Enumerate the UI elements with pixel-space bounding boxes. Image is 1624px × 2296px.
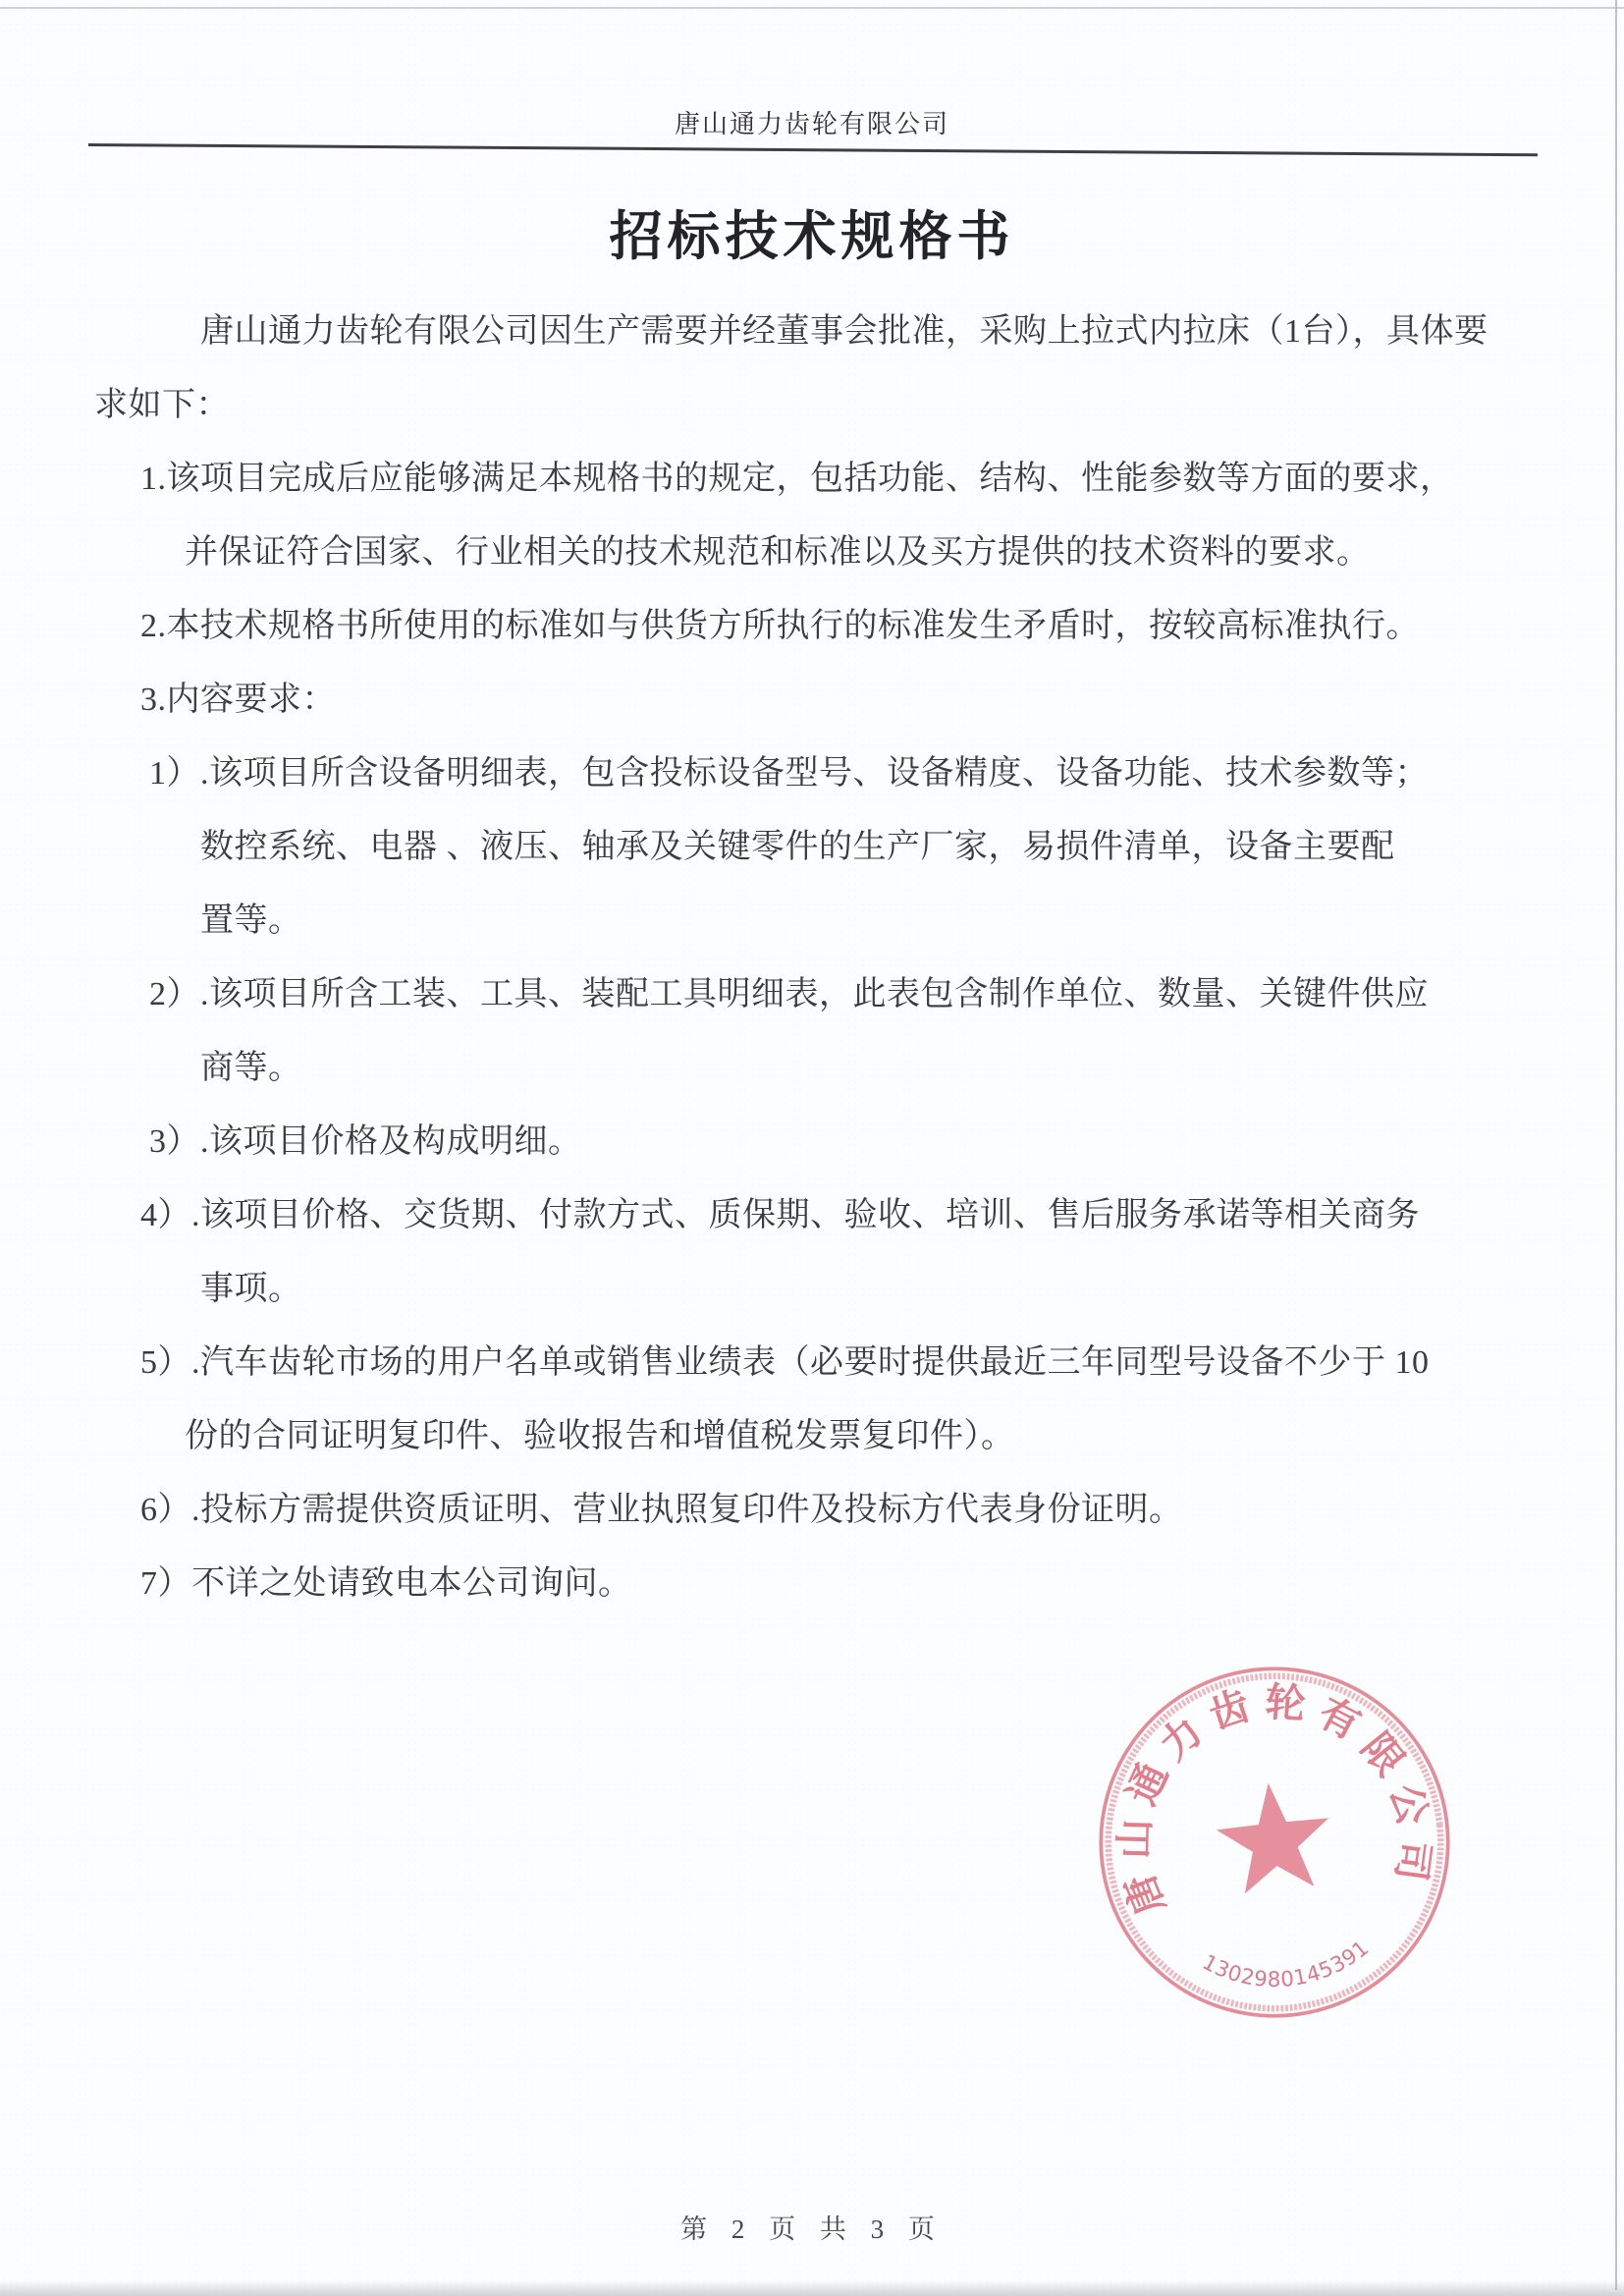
body-line: 3）.该项目价格及构成明细。 <box>94 1105 1534 1178</box>
body-line: 份的合同证明复印件、验收报告和增值税发票复印件）。 <box>94 1399 1534 1473</box>
body-line: 唐山通力齿轮有限公司因生产需要并经董事会批准，采购上拉式内拉床（1台），具体要 <box>94 295 1534 368</box>
page-number-footer: 第 2 页 共 3 页 <box>0 2208 1624 2246</box>
company-seal: 唐山通力齿轮有限公司 1302980145391 <box>1074 1642 1476 2044</box>
page-title: 招标技术规格书 <box>0 194 1624 270</box>
body-line: 商等。 <box>94 1031 1534 1105</box>
body-line: 数控系统、电器 、液压、轴承及关键零件的生产厂家，易损件清单，设备主要配 <box>94 810 1534 884</box>
body-line: 4）.该项目价格、交货期、付款方式、质保期、验收、培训、售后服务承诺等相关商务 <box>94 1178 1534 1252</box>
document-body: 唐山通力齿轮有限公司因生产需要并经董事会批准，采购上拉式内拉床（1台），具体要 … <box>94 295 1534 1620</box>
body-line: 6）.投标方需提供资质证明、营业执照复印件及投标方代表身份证明。 <box>94 1473 1534 1547</box>
body-line: 事项。 <box>94 1252 1534 1326</box>
body-line: 1.该项目完成后应能够满足本规格书的规定，包括功能、结构、性能参数等方面的要求， <box>94 442 1534 516</box>
header-company-name: 唐山通力齿轮有限公司 <box>0 104 1624 140</box>
body-line: 3.内容要求： <box>94 663 1534 737</box>
seal-star <box>1213 1777 1336 1896</box>
seal-number-text: 1302980145391 <box>1196 1934 1377 2001</box>
body-line: 置等。 <box>94 884 1534 957</box>
body-line: 1）.该项目所含设备明细表，包含投标设备型号、设备精度、设备功能、技术参数等； <box>94 737 1534 810</box>
body-line: 2）.该项目所含工装、工具、装配工具明细表，此表包含制作单位、数量、关键件供应 <box>94 957 1534 1031</box>
body-line: 5）.汽车齿轮市场的用户名单或销售业绩表（必要时提供最近三年同型号设备不少于 1… <box>94 1326 1534 1399</box>
scan-edge-bottom-shadow <box>0 2280 1624 2296</box>
header-rule <box>88 143 1538 156</box>
body-line: 并保证符合国家、行业相关的技术规范和标准以及买方提供的技术资料的要求。 <box>94 516 1534 589</box>
scanned-document-page: 唐山通力齿轮有限公司 招标技术规格书 唐山通力齿轮有限公司因生产需要并经董事会批… <box>0 0 1624 2296</box>
scan-edge-right <box>1615 0 1617 2290</box>
body-line: 7）不详之处请致电本公司询问。 <box>94 1547 1534 1620</box>
body-line: 求如下： <box>94 368 1534 442</box>
scan-edge-top <box>0 7 1624 9</box>
body-line: 2.本技术规格书所使用的标准如与供货方所执行的标准发生矛盾时，按较高标准执行。 <box>94 589 1534 663</box>
